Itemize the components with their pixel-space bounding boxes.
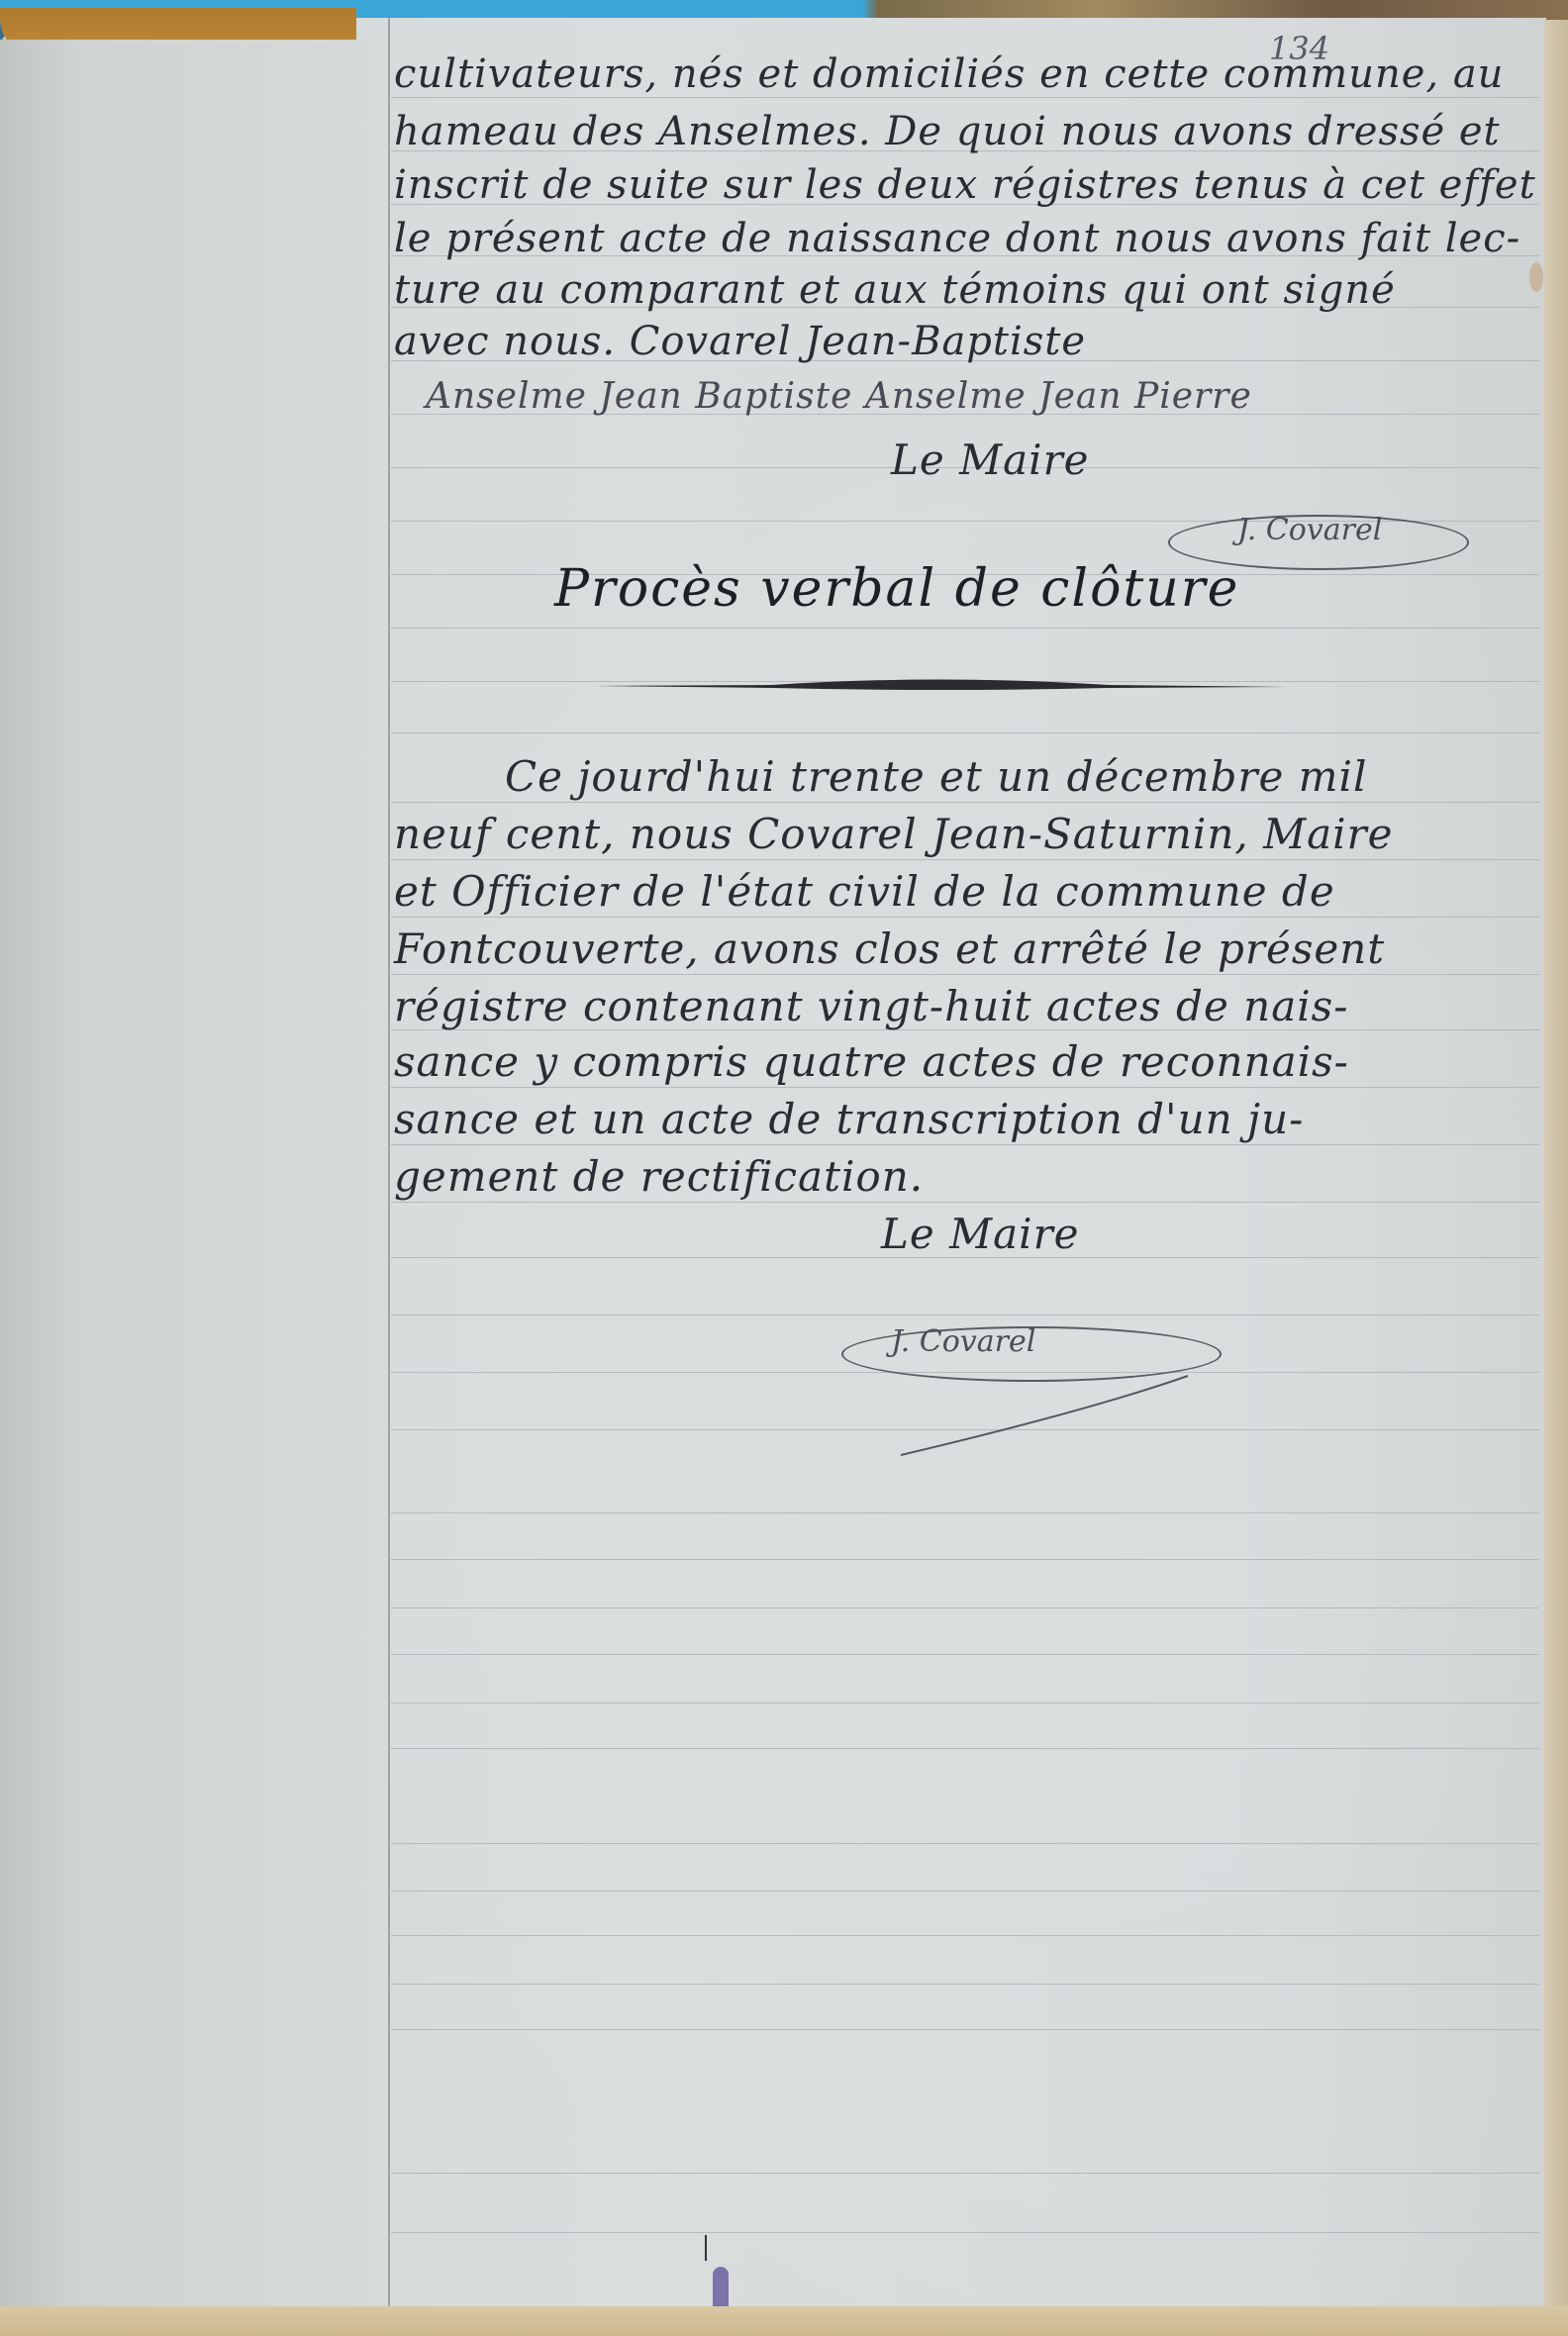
ruled-line (391, 1654, 1539, 1655)
ruled-line (391, 1703, 1539, 1703)
page-edge (1544, 20, 1568, 2316)
ruled-line (391, 859, 1539, 860)
text-line: gement de rectification. (394, 1152, 924, 1201)
text-line: Ce jourd'hui trente et un décembre mil (505, 752, 1367, 801)
ruled-line (391, 1935, 1539, 1936)
closing-title: Procès verbal de clôture (554, 559, 1239, 619)
left-margin-column (0, 40, 388, 2312)
text-line: inscrit de suite sur les deux régistres … (394, 162, 1536, 208)
ruled-line (391, 1607, 1539, 1608)
title-underline-flourish (594, 676, 1287, 694)
pen-mark (705, 2235, 707, 2261)
ruled-line (391, 917, 1539, 918)
ruled-line (391, 1202, 1539, 1203)
text-line: Fontcouverte, avons clos et arrêté le pr… (394, 925, 1385, 973)
ruled-line (391, 97, 1539, 98)
paper-stain (1529, 262, 1543, 292)
text-line: régistre contenant vingt-huit actes de n… (394, 982, 1348, 1030)
mayor-signature: J. Covarel (1237, 513, 1382, 547)
ruled-line (391, 2232, 1539, 2233)
text-line: cultivateurs, nés et domiciliés en cette… (394, 51, 1504, 97)
text-line: ture au comparant et aux témoins qui ont… (394, 267, 1396, 313)
ruled-line (391, 1843, 1539, 1844)
ruled-line (391, 1144, 1539, 1145)
ruled-line (391, 2173, 1539, 2174)
mayor-signature: J. Covarel (891, 1324, 1035, 1359)
ruled-line (391, 1984, 1539, 1985)
ruled-line (391, 628, 1539, 629)
text-line: hameau des Anselmes. De quoi nous avons … (394, 109, 1501, 154)
text-line: neuf cent, nous Covarel Jean-Saturnin, M… (394, 810, 1394, 858)
ruled-line (391, 974, 1539, 975)
text-line: le présent acte de naissance dont nous a… (394, 216, 1520, 261)
margin-rule (388, 18, 390, 2306)
ruled-line (391, 1559, 1539, 1560)
text-line: sance et un acte de transcription d'un j… (394, 1095, 1304, 1143)
ruled-line (391, 802, 1539, 803)
witness-signatures: Anselme Jean Baptiste Anselme Jean Pierr… (426, 376, 1252, 417)
ruled-line (391, 1512, 1539, 1513)
ruled-line (391, 732, 1539, 733)
signature-tail (891, 1371, 1208, 1460)
mayor-label: Le Maire (881, 1210, 1080, 1258)
book-cover-edge (0, 2306, 1568, 2336)
mayor-label: Le Maire (891, 436, 1090, 484)
text-line: avec nous. Covarel Jean-Baptiste (394, 319, 1086, 364)
ruled-line (391, 1087, 1539, 1088)
ruled-line (391, 1748, 1539, 1749)
ruled-line (391, 1891, 1539, 1892)
text-line: et Officier de l'état civil de la commun… (394, 867, 1335, 916)
ruled-line (391, 1314, 1539, 1315)
ruled-line (391, 2029, 1539, 2030)
text-line: sance y compris quatre actes de reconnai… (394, 1037, 1349, 1086)
